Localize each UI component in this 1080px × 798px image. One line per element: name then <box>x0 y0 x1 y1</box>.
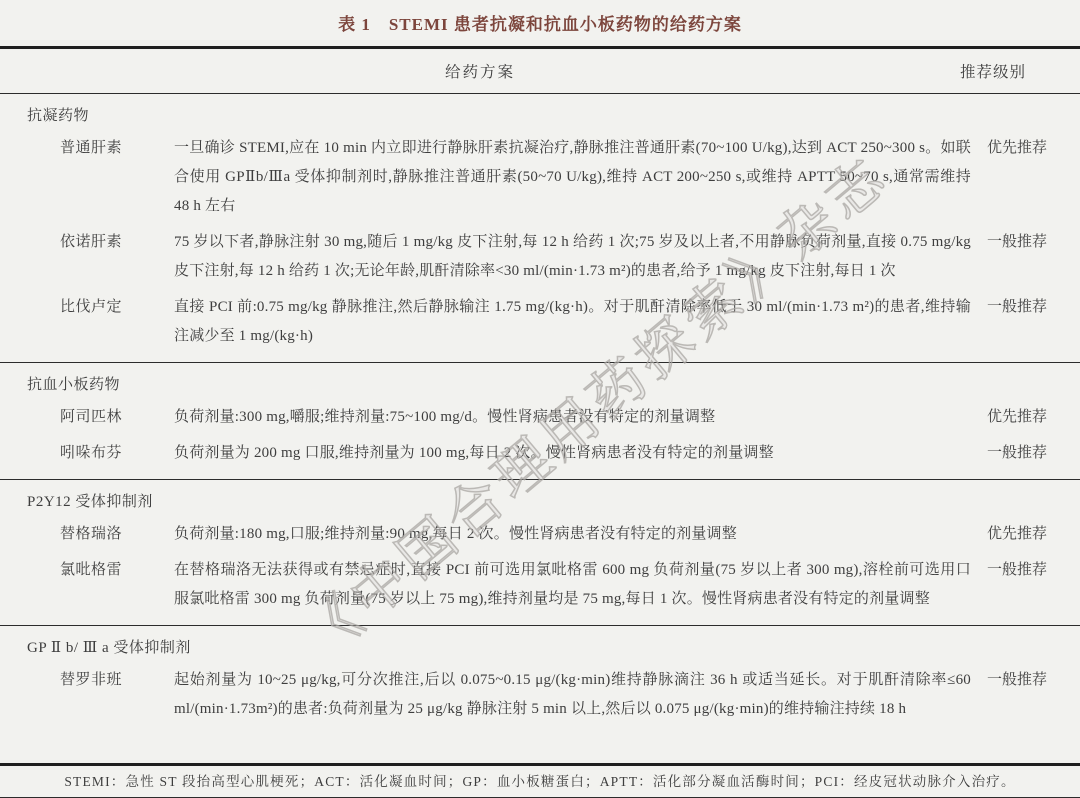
regimen-text: 负荷剂量为 200 mg 口服,维持剂量为 100 mg,每日 2 次。慢性肾病… <box>174 439 987 468</box>
table-row: 替格瑞洛负荷剂量:180 mg,口服;维持剂量:90 mg,每日 2 次。慢性肾… <box>0 520 1080 549</box>
regimen-text: 在替格瑞洛无法获得或有禁忌症时,直接 PCI 前可选用氯吡格雷 600 mg 负… <box>174 556 987 614</box>
recommendation-level: 优先推荐 <box>987 520 1080 549</box>
drug-name: 比伐卢定 <box>60 293 174 351</box>
drug-name: 阿司匹林 <box>60 403 174 432</box>
recommendation-level: 一般推荐 <box>987 666 1080 724</box>
table-header-row: 给药方案 推荐级别 <box>0 49 1080 93</box>
drug-name: 替格瑞洛 <box>60 520 174 549</box>
table-row: 阿司匹林负荷剂量:300 mg,嚼服;维持剂量:75~100 mg/d。慢性肾病… <box>0 403 1080 432</box>
column-header-regimen: 给药方案 <box>0 60 960 82</box>
table-figure: 表 1 STEMI 患者抗凝和抗血小板药物的给药方案 给药方案 推荐级别 抗凝药… <box>0 0 1080 798</box>
section-header: 抗凝药物 <box>0 103 1080 130</box>
recommendation-level: 优先推荐 <box>987 134 1080 221</box>
section-header: GP Ⅱ b/ Ⅲ a 受体抑制剂 <box>0 635 1080 662</box>
table-row: 氯吡格雷在替格瑞洛无法获得或有禁忌症时,直接 PCI 前可选用氯吡格雷 600 … <box>0 556 1080 614</box>
table-row: 替罗非班起始剂量为 10~25 μg/kg,可分次推注,后以 0.075~0.1… <box>0 666 1080 724</box>
table-title: 表 1 STEMI 患者抗凝和抗血小板药物的给药方案 <box>0 0 1080 46</box>
regimen-text: 负荷剂量:300 mg,嚼服;维持剂量:75~100 mg/d。慢性肾病患者没有… <box>174 403 987 432</box>
table-row: 普通肝素一旦确诊 STEMI,应在 10 min 内立即进行静脉肝素抗凝治疗,静… <box>0 134 1080 221</box>
regimen-text: 直接 PCI 前:0.75 mg/kg 静脉推注,然后静脉输注 1.75 mg/… <box>174 293 987 351</box>
table-section: GP Ⅱ b/ Ⅲ a 受体抑制剂替罗非班起始剂量为 10~25 μg/kg,可… <box>0 625 1080 735</box>
regimen-text: 起始剂量为 10~25 μg/kg,可分次推注,后以 0.075~0.15 μg… <box>174 666 987 724</box>
drug-name: 依诺肝素 <box>60 228 174 286</box>
table-body: 抗凝药物普通肝素一旦确诊 STEMI,应在 10 min 内立即进行静脉肝素抗凝… <box>0 94 1080 763</box>
drug-name: 普通肝素 <box>60 134 174 221</box>
column-header-level: 推荐级别 <box>960 60 1080 82</box>
regimen-text: 负荷剂量:180 mg,口服;维持剂量:90 mg,每日 2 次。慢性肾病患者没… <box>174 520 987 549</box>
section-header: P2Y12 受体抑制剂 <box>0 489 1080 516</box>
table-section: P2Y12 受体抑制剂替格瑞洛负荷剂量:180 mg,口服;维持剂量:90 mg… <box>0 479 1080 625</box>
table-row: 依诺肝素75 岁以下者,静脉注射 30 mg,随后 1 mg/kg 皮下注射,每… <box>0 228 1080 286</box>
section-header: 抗血小板药物 <box>0 372 1080 399</box>
recommendation-level: 一般推荐 <box>987 556 1080 614</box>
table-row: 比伐卢定直接 PCI 前:0.75 mg/kg 静脉推注,然后静脉输注 1.75… <box>0 293 1080 351</box>
drug-name: 氯吡格雷 <box>60 556 174 614</box>
table-section: 抗凝药物普通肝素一旦确诊 STEMI,应在 10 min 内立即进行静脉肝素抗凝… <box>0 94 1080 362</box>
table-section: 抗血小板药物阿司匹林负荷剂量:300 mg,嚼服;维持剂量:75~100 mg/… <box>0 362 1080 479</box>
regimen-text: 75 岁以下者,静脉注射 30 mg,随后 1 mg/kg 皮下注射,每 12 … <box>174 228 987 286</box>
recommendation-level: 优先推荐 <box>987 403 1080 432</box>
recommendation-level: 一般推荐 <box>987 293 1080 351</box>
table-row: 吲哚布芬负荷剂量为 200 mg 口服,维持剂量为 100 mg,每日 2 次。… <box>0 439 1080 468</box>
recommendation-level: 一般推荐 <box>987 439 1080 468</box>
table-footnote: STEMI：急性 ST 段抬高型心肌梗死；ACT：活化凝血时间；GP：血小板糖蛋… <box>0 766 1080 797</box>
drug-name: 吲哚布芬 <box>60 439 174 468</box>
drug-name: 替罗非班 <box>60 666 174 724</box>
regimen-text: 一旦确诊 STEMI,应在 10 min 内立即进行静脉肝素抗凝治疗,静脉推注普… <box>174 134 987 221</box>
recommendation-level: 一般推荐 <box>987 228 1080 286</box>
